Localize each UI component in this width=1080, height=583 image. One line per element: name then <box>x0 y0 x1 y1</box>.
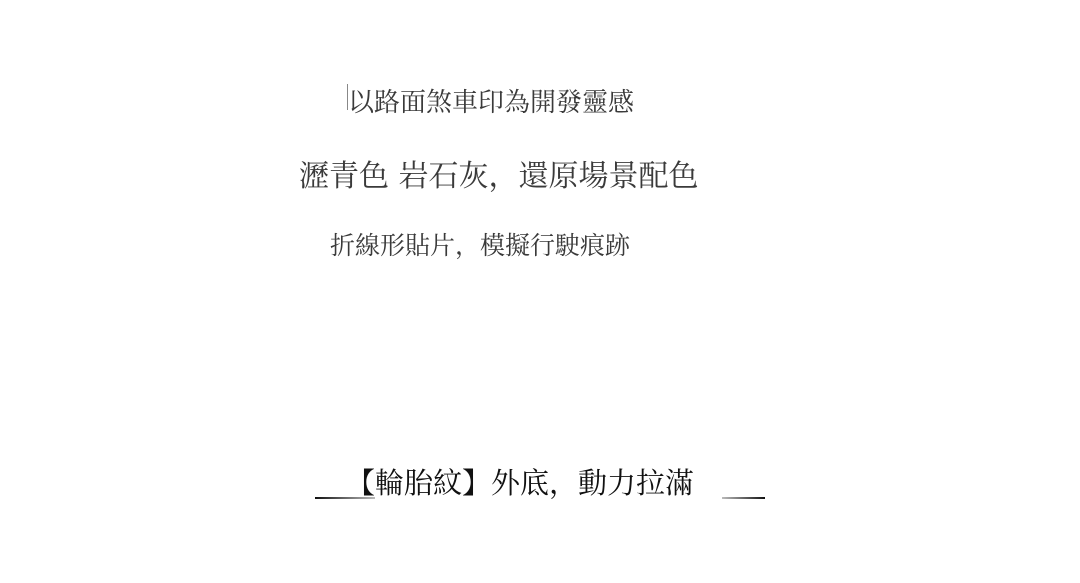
heading-underline-left <box>315 497 375 499</box>
feature-line-inspiration: 以路面煞車印為開發靈感 <box>348 82 634 119</box>
section-heading-outsole: 【輪胎紋】外底，動力拉滿 <box>346 461 694 502</box>
feature-line-patch: 折線形貼片，模擬行駛痕跡 <box>330 226 630 262</box>
feature-line-colors: 瀝青色 岩石灰，還原場景配色 <box>299 151 699 195</box>
heading-underline-right <box>722 497 765 499</box>
